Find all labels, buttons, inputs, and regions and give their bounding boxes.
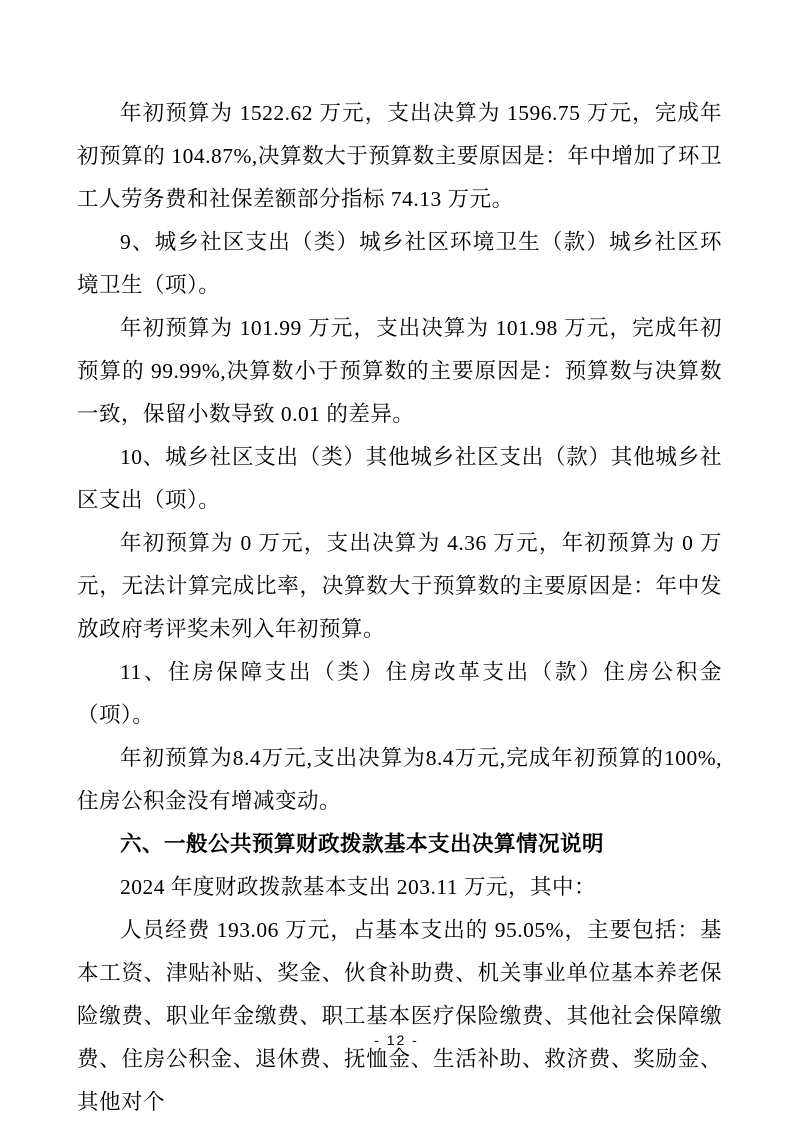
page-number: - 12 - [0, 1032, 793, 1048]
paragraph-item-11-title: 11、住房保障支出（类）住房改革支出（款）住房公积金（项）。 [77, 651, 722, 737]
paragraph-item-10-title: 10、城乡社区支出（类）其他城乡社区支出（款）其他城乡社区支出（项）。 [77, 436, 722, 522]
section-heading-six: 六、一般公共预算财政拨款基本支出决算情况说明 [77, 823, 722, 866]
paragraph-basic-expense-total: 2024 年度财政拨款基本支出 203.11 万元，其中： [77, 866, 722, 909]
document-page: 年初预算为 1522.62 万元，支出决算为 1596.75 万元，完成年初预算… [0, 0, 793, 1122]
paragraph-item-9-title: 9、城乡社区支出（类）城乡社区环境卫生（款）城乡社区环境卫生（项）。 [77, 221, 722, 307]
paragraph-personnel-expense: 人员经费 193.06 万元，占基本支出的 95.05%，主要包括：基本工资、津… [77, 909, 722, 1122]
paragraph-item-11-detail: 年初预算为8.4万元,支出决算为8.4万元,完成年初预算的100%,住房公积金没… [77, 737, 722, 823]
paragraph-item-10-detail: 年初预算为 0 万元，支出决算为 4.36 万元，年初预算为 0 万元，无法计算… [77, 522, 722, 651]
paragraph-item-9-detail: 年初预算为 101.99 万元，支出决算为 101.98 万元，完成年初预算的 … [77, 307, 722, 436]
paragraph-budget-detail-8: 年初预算为 1522.62 万元，支出决算为 1596.75 万元，完成年初预算… [77, 92, 722, 221]
document-body: 年初预算为 1522.62 万元，支出决算为 1596.75 万元，完成年初预算… [77, 92, 722, 1122]
